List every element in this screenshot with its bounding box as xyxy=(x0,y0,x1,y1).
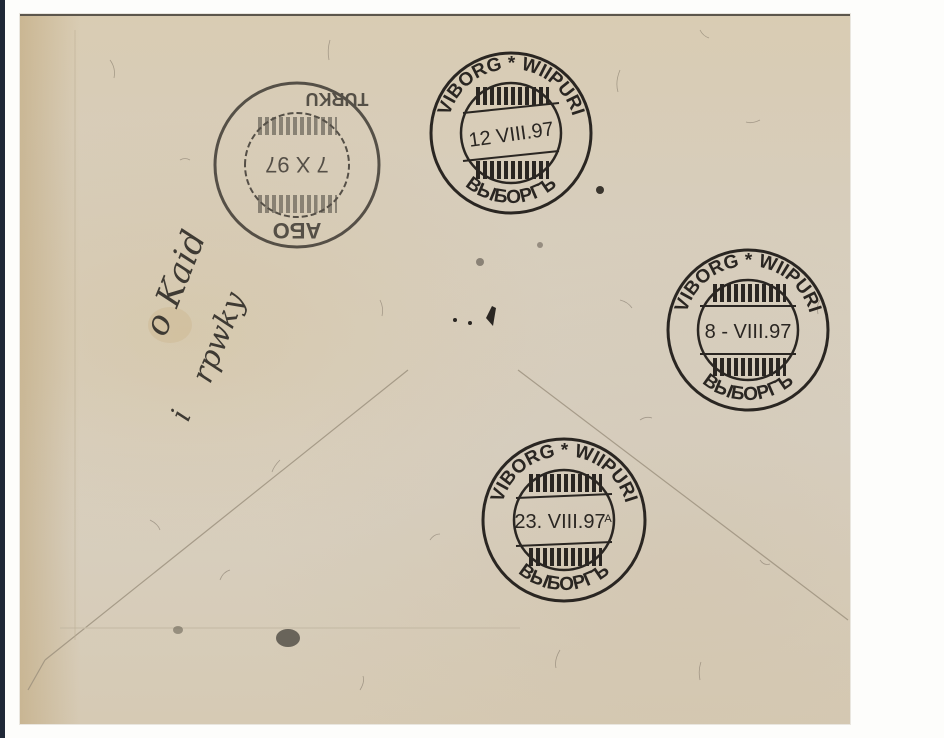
handwritten-note: o Kaid rpwky i xyxy=(136,225,253,426)
svg-text:7 X 97: 7 X 97 xyxy=(265,152,329,177)
svg-text:TURKU: TURKU xyxy=(306,89,369,109)
svg-text:i: i xyxy=(164,405,198,426)
postmark-viborg-12-viii-97: 12 VIII.97 VIBORG * WIIPURI ВЫБОРГЪ xyxy=(431,53,591,213)
postmark-viborg-8-viii-97: 8 - VIII.97 VIBORG * WIIPURI ВЫБОРГЪ xyxy=(668,250,828,410)
svg-text:АБО: АБО xyxy=(273,218,322,243)
postmark-abo: 7 X 97 АБО TURKU xyxy=(215,83,379,247)
svg-text:8 - VIII.97: 8 - VIII.97 xyxy=(705,321,792,343)
postmark-viborg-23-viii-97: 23. VIII.97 A VIBORG * WIIPURI ВЫБОРГЪ xyxy=(483,439,645,601)
envelope-markings: o Kaid rpwky i 7 X 97 АБО TURKU 12 VIII.… xyxy=(0,0,944,738)
svg-text:o Kaid: o Kaid xyxy=(136,225,214,342)
svg-text:12 VIII.97: 12 VIII.97 xyxy=(467,118,555,152)
svg-text:A: A xyxy=(604,513,612,525)
svg-text:rpwky: rpwky xyxy=(185,286,253,388)
svg-text:23. VIII.97: 23. VIII.97 xyxy=(514,511,605,533)
